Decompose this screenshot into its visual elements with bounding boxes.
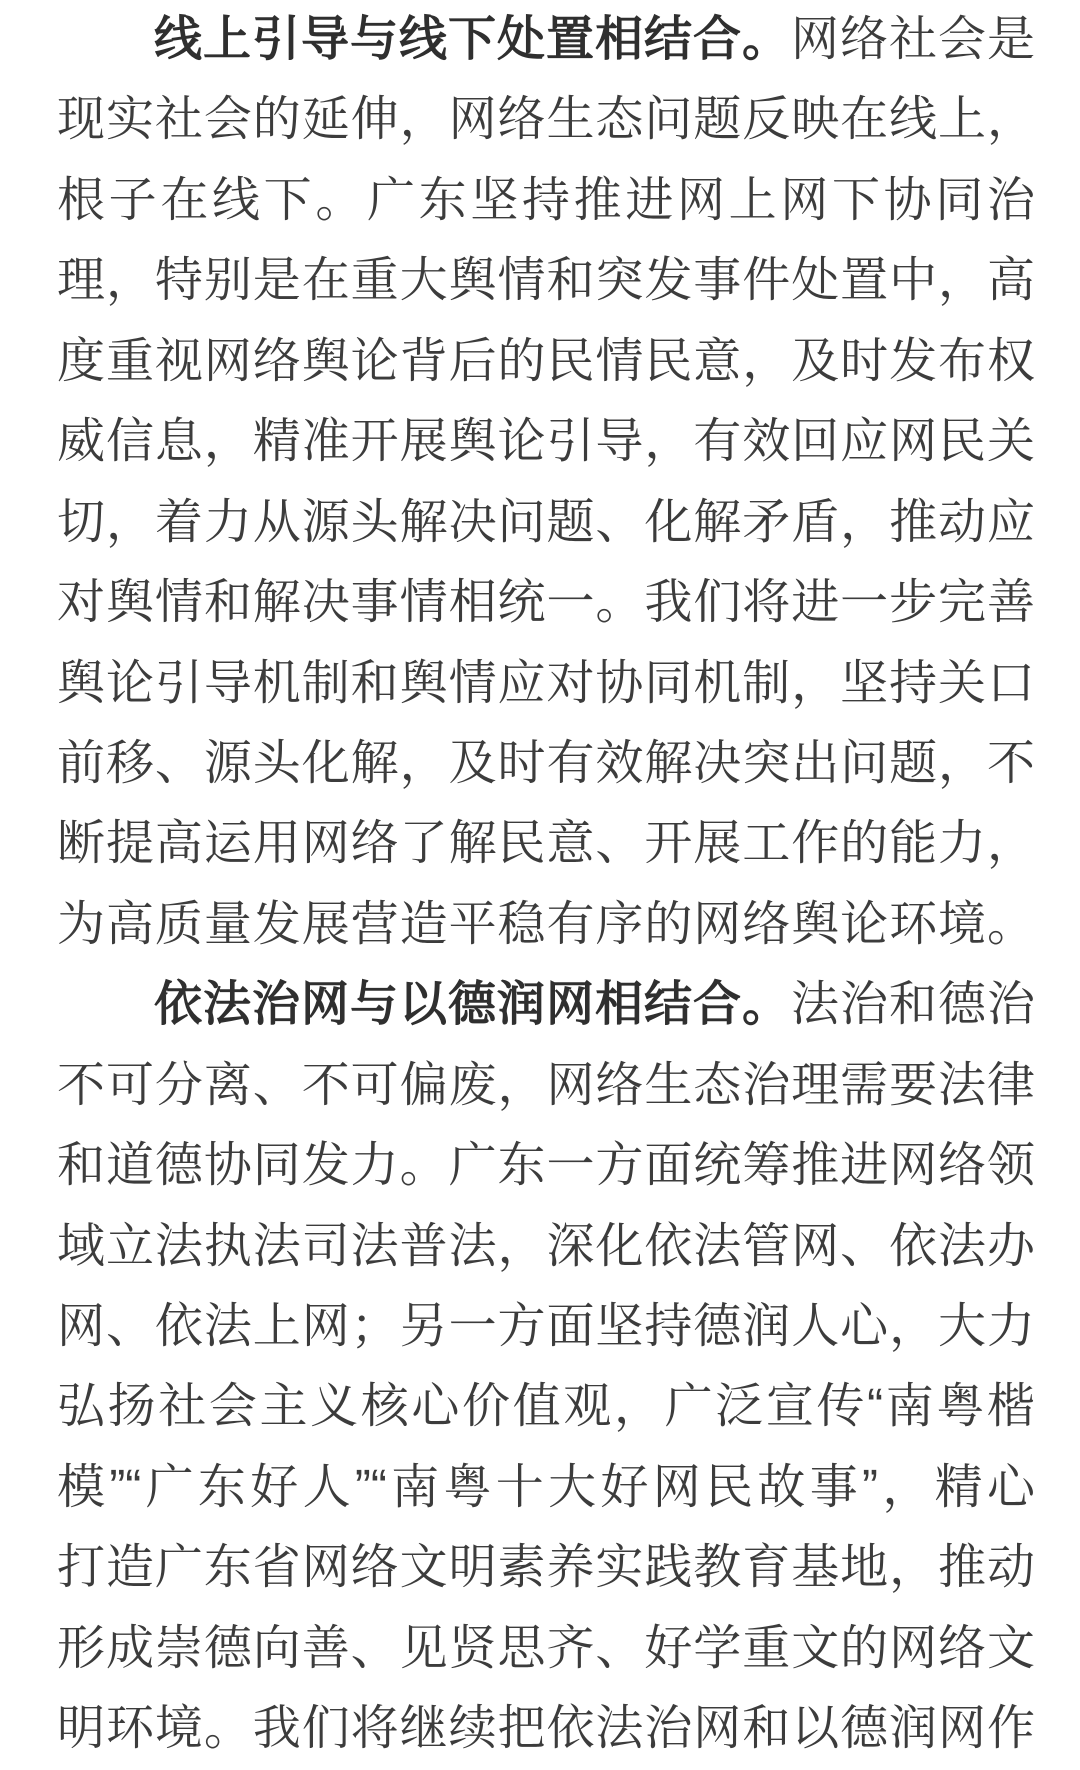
text-line: 理，特别是在重大舆情和突发事件处置中，高 xyxy=(57,241,1035,321)
text-line: 不可分离、不可偏废，网络生态治理需要法律 xyxy=(57,1046,1035,1126)
text-line: 线上引导与线下处置相结合。网络社会是 xyxy=(57,0,1035,80)
paragraph-indent xyxy=(57,54,153,55)
line-text: 网络社会是 xyxy=(791,13,1035,66)
text-line: 域立法执法司法普法，深化依法管网、依法办 xyxy=(57,1207,1035,1287)
paragraph-indent xyxy=(57,1019,153,1020)
text-line: 依法治网与以德润网相结合。法治和德治 xyxy=(57,965,1035,1045)
text-line: 切，着力从源头解决问题、化解矛盾，推动应 xyxy=(57,483,1035,563)
article-body: 线上引导与线下处置相结合。网络社会是 现实社会的延伸，网络生态问题反映在线上， … xyxy=(0,0,1080,1770)
text-line: 网、依法上网；另一方面坚持德润人心，大力 xyxy=(57,1287,1035,1367)
text-line: 形成崇德向善、见贤思齐、好学重文的网络文 xyxy=(57,1609,1035,1689)
line-text: 法治和德治 xyxy=(791,978,1035,1031)
text-line: 根子在线下。广东坚持推进网上网下协同治 xyxy=(57,161,1035,241)
text-line: 明环境。我们将继续把依法治网和以德润网作 xyxy=(57,1689,1035,1769)
text-line: 弘扬社会主义核心价值观，广泛宣传“南粤楷 xyxy=(57,1367,1035,1447)
paragraph-online-offline: 线上引导与线下处置相结合。网络社会是 现实社会的延伸，网络生态问题反映在线上， … xyxy=(57,0,1035,965)
text-line: 断提高运用网络了解民意、开展工作的能力， xyxy=(57,804,1035,884)
text-line: 和道德协同发力。广东一方面统筹推进网络领 xyxy=(57,1126,1035,1206)
text-line: 对舆情和解决事情相统一。我们将进一步完善 xyxy=(57,563,1035,643)
text-line: 度重视网络舆论背后的民情民意，及时发布权 xyxy=(57,322,1035,402)
text-line: 前移、源头化解，及时有效解决突出问题，不 xyxy=(57,724,1035,804)
lead-sentence-bold: 依法治网与以德润网相结合。 xyxy=(153,978,791,1031)
text-line: 舆论引导机制和舆情应对协同机制，坚持关口 xyxy=(57,644,1035,724)
text-line: 为高质量发展营造平稳有序的网络舆论环境。 xyxy=(57,885,1035,965)
text-line: 威信息，精准开展舆论引导，有效回应网民关 xyxy=(57,402,1035,482)
text-line: 模”“广东好人”“南粤十大好网民故事”，精心 xyxy=(57,1448,1035,1528)
paragraph-law-virtue: 依法治网与以德润网相结合。法治和德治 不可分离、不可偏废，网络生态治理需要法律 … xyxy=(57,965,1035,1769)
lead-sentence-bold: 线上引导与线下处置相结合。 xyxy=(153,13,791,66)
text-line: 打造广东省网络文明素养实践教育基地，推动 xyxy=(57,1528,1035,1608)
text-line: 现实社会的延伸，网络生态问题反映在线上， xyxy=(57,80,1035,160)
